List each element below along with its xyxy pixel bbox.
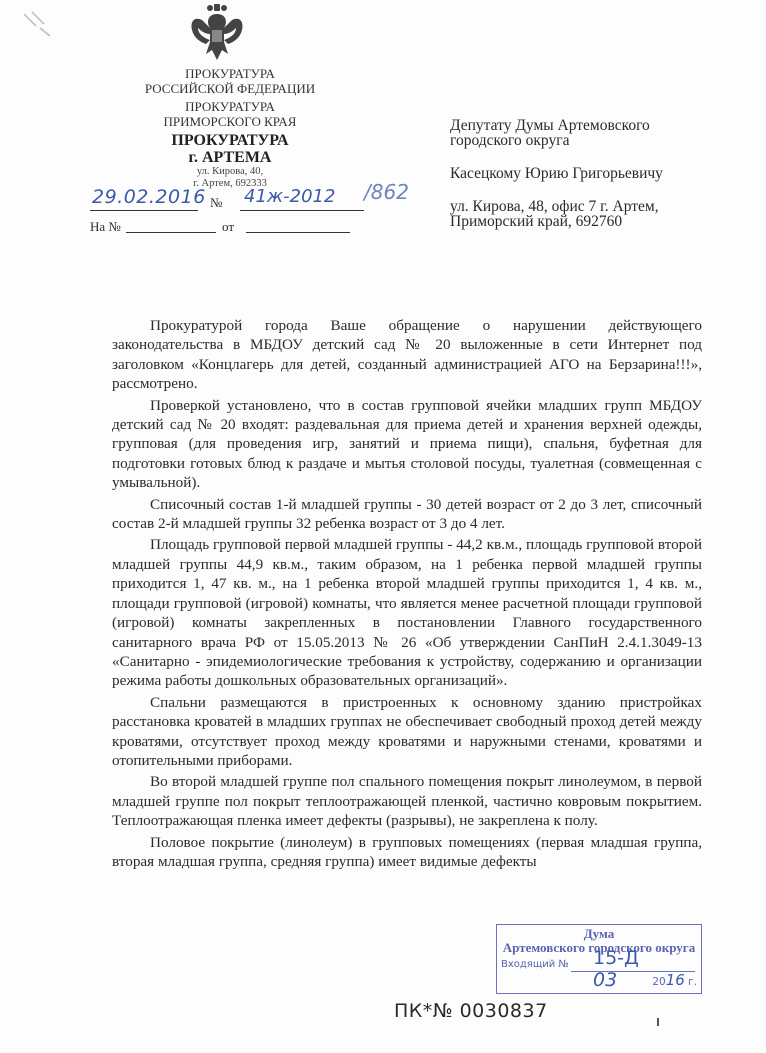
stamp-incoming-label: Входящий № bbox=[501, 959, 569, 970]
reply-from-label: от bbox=[222, 219, 234, 235]
letterhead-line: ПРОКУРАТУРА bbox=[130, 66, 330, 81]
form-serial-number: ПК*№ 0030837 bbox=[394, 1000, 548, 1022]
stamp-year: 2016 г. bbox=[652, 971, 697, 989]
addressee-name: Касецкому Юрию Григорьевичу bbox=[450, 165, 663, 182]
addressee-block: Депутату Думы Артемовского городского ок… bbox=[450, 118, 663, 247]
paragraph: Площадь групповой первой младшей группы … bbox=[112, 535, 702, 690]
stamp-incoming-number: 15-Д bbox=[593, 947, 639, 969]
outgoing-number-field: 41ж-2012 bbox=[240, 186, 364, 211]
paragraph: Проверкой установлено, что в состав груп… bbox=[112, 396, 702, 493]
org-name: ПРОКУРАТУРА bbox=[130, 132, 330, 149]
paragraph: Спальни размещаются в пристроенных к осн… bbox=[112, 693, 702, 771]
stamp-day-month: 03 bbox=[593, 969, 617, 991]
corner-mark bbox=[22, 10, 52, 40]
paragraph: Во второй младшей группе пол спального п… bbox=[112, 772, 702, 830]
letterhead-line: ПРОКУРАТУРА bbox=[130, 99, 330, 114]
outgoing-date-field: 29.02.2016 bbox=[90, 186, 198, 211]
letterhead-line: РОССИЙСКОЙ ФЕДЕРАЦИИ bbox=[130, 81, 330, 96]
outgoing-number-suffix: /862 bbox=[364, 180, 409, 204]
letterhead-line: ПРИМОРСКОГО КРАЯ bbox=[130, 114, 330, 129]
paragraph: Половое покрытие (линолеум) в групповых … bbox=[112, 833, 702, 872]
paragraph: Списочный состав 1-й младшей группы - 30… bbox=[112, 495, 702, 534]
scan-mark bbox=[657, 1018, 659, 1026]
stamp-year-unit: г. bbox=[688, 976, 697, 988]
paragraph: Прокуратурой города Ваше обращение о нар… bbox=[112, 316, 702, 394]
reply-number-line bbox=[126, 232, 216, 233]
outgoing-number: 41ж-2012 bbox=[244, 186, 335, 207]
letter-body: Прокуратурой города Ваше обращение о нар… bbox=[112, 316, 702, 873]
org-street: ул. Кирова, 40, bbox=[130, 166, 330, 178]
stamp-year-suffix: 16 bbox=[666, 971, 685, 989]
addressee-title: городского округа bbox=[450, 132, 569, 149]
stamp-org: Дума bbox=[497, 927, 701, 941]
reply-number-label: На № bbox=[90, 219, 121, 235]
addressee-address: Приморский край, 692760 bbox=[450, 213, 622, 230]
reply-from-line bbox=[246, 232, 350, 233]
org-city: г. АРТЕМА bbox=[130, 149, 330, 166]
outgoing-date: 29.02.2016 bbox=[92, 186, 206, 208]
stamp-year-prefix: 20 bbox=[652, 976, 665, 988]
number-sign: № bbox=[210, 195, 222, 211]
letterhead: ПРОКУРАТУРА РОССИЙСКОЙ ФЕДЕРАЦИИ ПРОКУРА… bbox=[130, 66, 330, 190]
incoming-stamp: Дума Артемовского городского округа Вход… bbox=[496, 924, 702, 994]
coat-of-arms-icon bbox=[188, 2, 246, 64]
